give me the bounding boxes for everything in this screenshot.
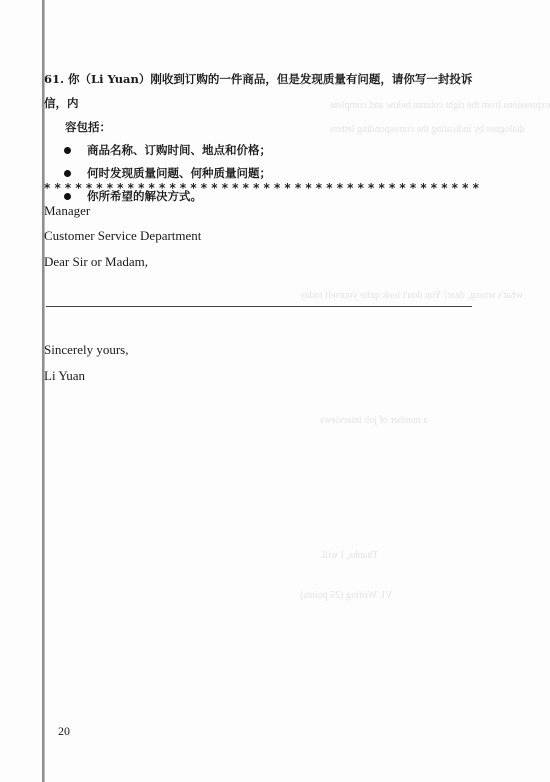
question-text-line2: 容包括： <box>44 115 494 139</box>
closing: Sincerely yours, <box>44 342 128 358</box>
requirement-list: 商品名称、订购时间、地点和价格； 何时发现质量问题、何种质量问题； 你所希望的解… <box>44 139 494 208</box>
answer-line[interactable] <box>46 306 472 307</box>
recipient-department: Customer Service Department <box>44 228 201 244</box>
question-prompt: 61. 你（Li Yuan）刚收到订购的一件商品，但是发现质量有问题，请你写一封… <box>44 67 494 115</box>
requirement-text: 商品名称、订购时间、地点和价格； <box>87 143 271 157</box>
bullet-icon <box>64 170 71 177</box>
recipient-title: Manager <box>44 203 90 219</box>
requirement-item: 商品名称、订购时间、地点和价格； <box>44 139 494 162</box>
bullet-icon <box>64 147 71 154</box>
bleed-through: VI. Writing (25 points) <box>300 590 392 601</box>
page-number: 20 <box>58 724 70 739</box>
bleed-through: a number of job interviews <box>320 415 428 426</box>
star-separator: * * * * * * * * * * * * * * * * * * * * … <box>44 181 469 195</box>
requirement-text: 何时发现质量问题、何种质量问题； <box>87 166 271 180</box>
signature: Li Yuan <box>44 368 85 384</box>
question-number: 61. <box>44 72 64 86</box>
question-text-line1: 你（Li Yuan）刚收到订购的一件商品，但是发现质量有问题，请你写一封投诉信，… <box>44 72 472 110</box>
salutation: Dear Sir or Madam, <box>44 254 148 270</box>
bleed-through: Thanks, I will. <box>320 550 378 561</box>
bleed-through: what's wrong, dear? You don't look quite… <box>300 290 523 301</box>
